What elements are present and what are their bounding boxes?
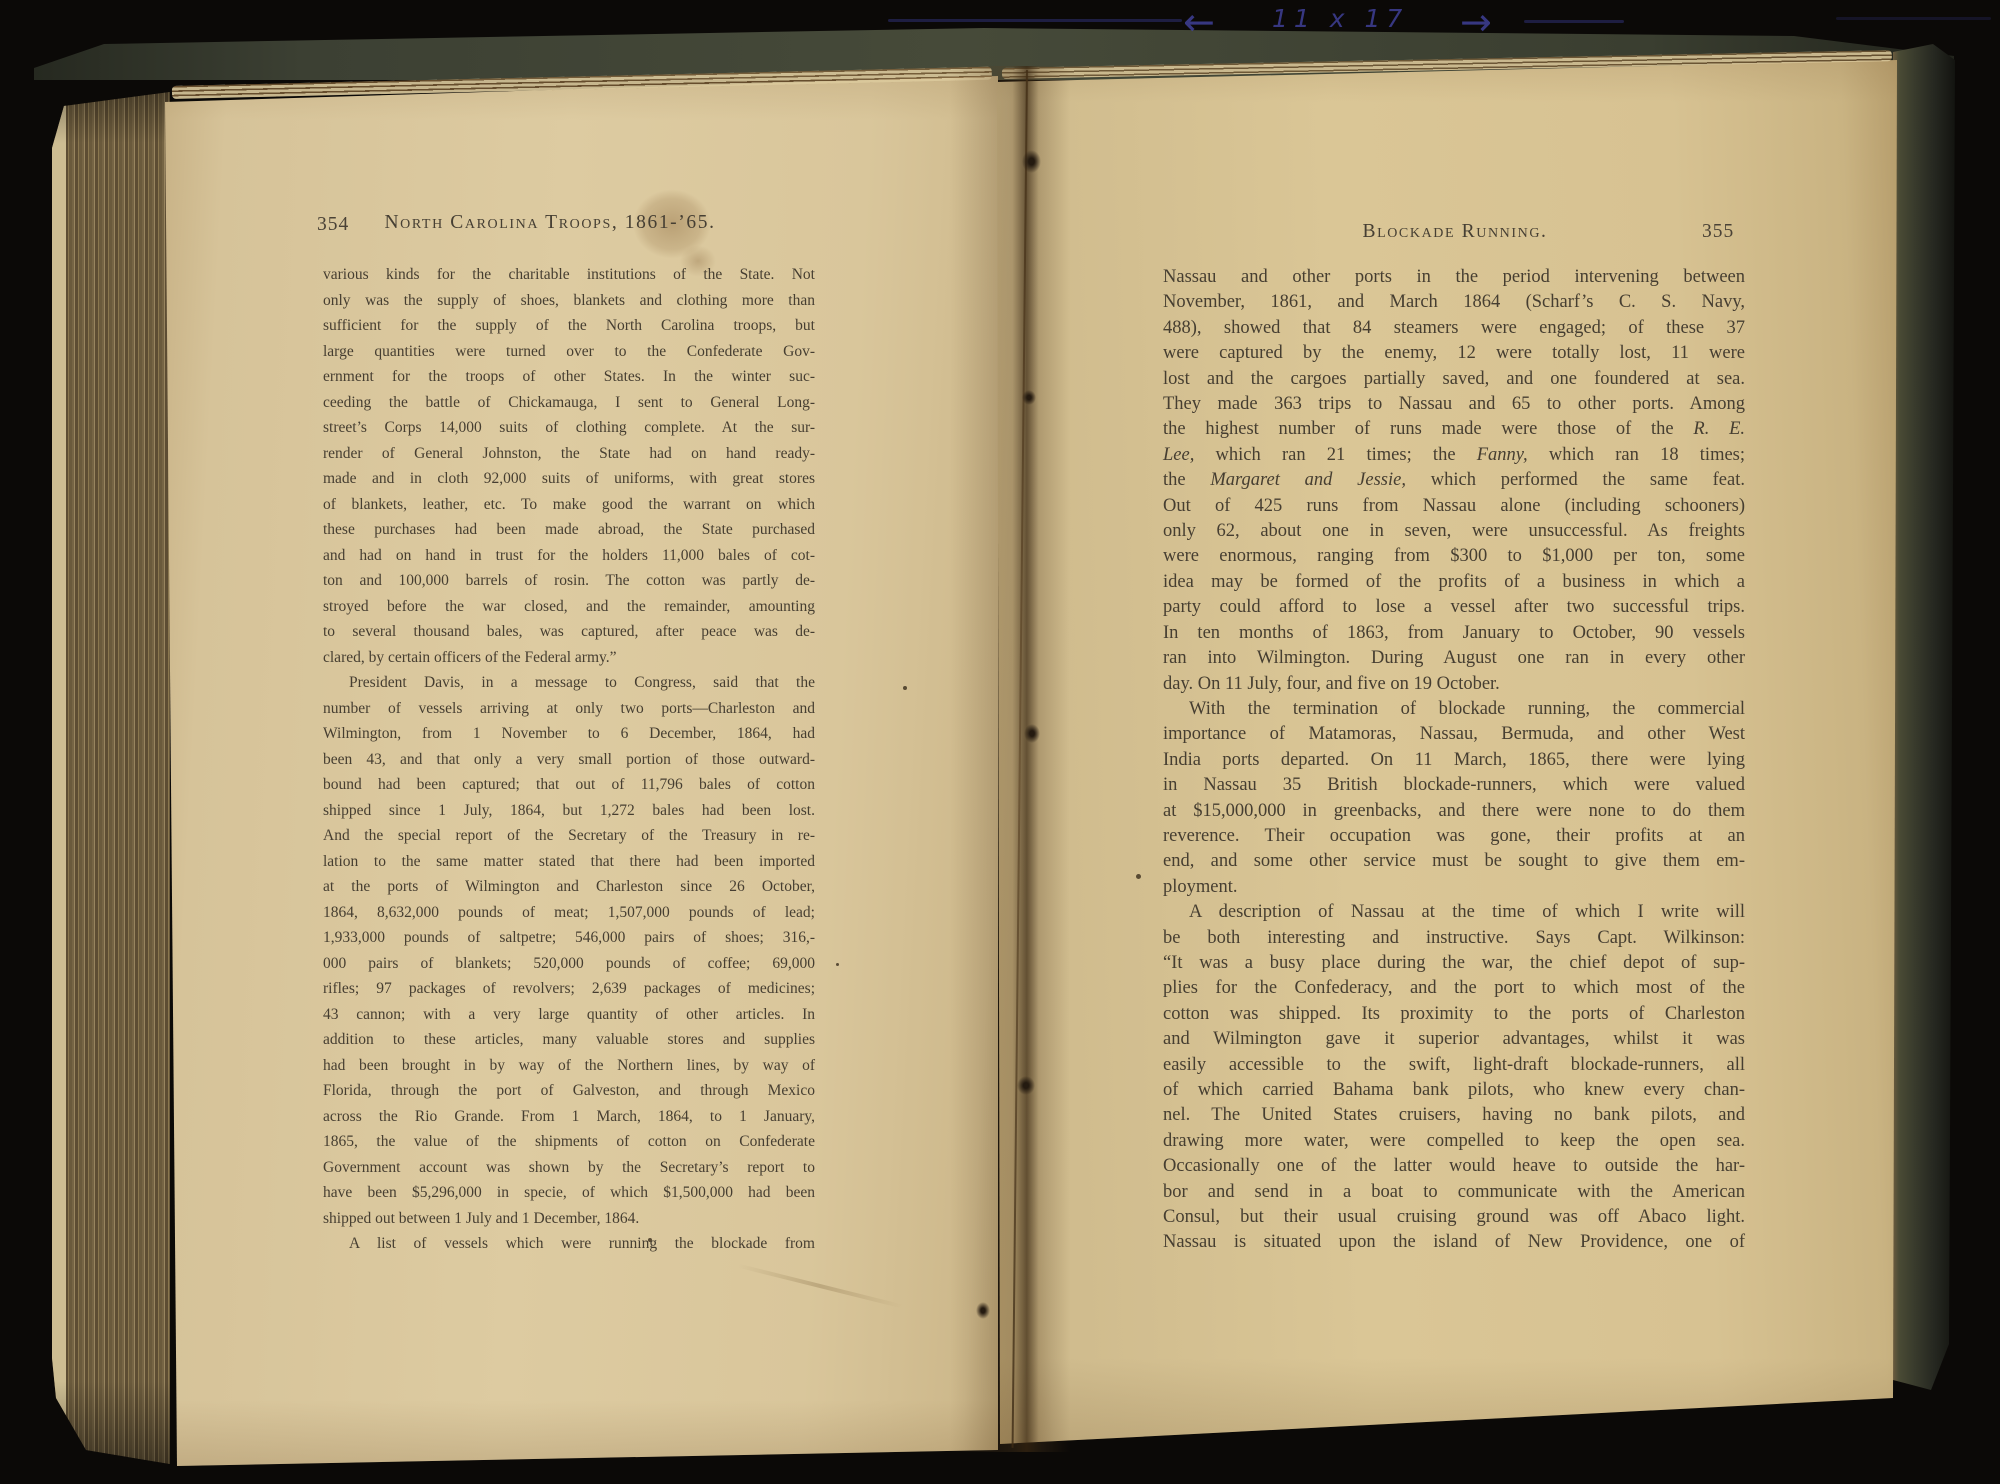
text-line: Wilmington, from 1 November to 6 Decembe… [323,721,815,747]
binding-hole [1017,1076,1035,1095]
text-line: 1865, the value of the shipments of cott… [323,1129,815,1155]
text-line: lation to the same matter stated that th… [323,849,815,875]
text-line: easily accessible to the swift, light-dr… [1163,1053,1745,1078]
size-annotation-line [1524,20,1624,23]
text-line: be both interesting and instructive. Say… [1163,926,1745,951]
text-line: 43 cannon; with a very large quantity of… [323,1002,815,1028]
text-line: November, 1861, and March 1864 (Scharf’s… [1163,290,1745,315]
text-line: A list of vessels which were running the… [323,1231,815,1257]
binding-hole [1022,150,1041,173]
text-line: of which carried Bahama bank pilots, who… [1163,1078,1745,1103]
text-line: idea may be formed of the profits of a b… [1163,570,1745,595]
text-line: 1864, 8,632,000 pounds of meat; 1,507,00… [323,900,815,926]
binding-hole [976,1302,990,1319]
text-line: and Wilmington gave it superior advantag… [1163,1027,1745,1052]
text-line: Nassau and other ports in the period int… [1163,265,1745,290]
text-line: Lee, which ran 21 times; the Fanny, whic… [1163,443,1745,468]
running-title-left: North Carolina Troops, 1861-’65. [330,212,770,234]
binding-hole [1022,390,1036,405]
text-line: ernment for the troops of other States. … [323,364,815,390]
right-arrow-icon: → [1460,2,1492,42]
text-line: stroyed before the war closed, and the r… [323,594,815,620]
text-line: lost and the cargoes partially saved, an… [1163,367,1745,392]
size-annotation-line [888,19,1182,22]
text-line: at the ports of Wilmington and Charlesto… [323,874,815,900]
text-line: large quantities were turned over to the… [323,339,815,365]
text-line: And the special report of the Secretary … [323,823,815,849]
text-line: ran into Wilmington. During August one r… [1163,646,1745,671]
text-line: to several thousand bales, was captured,… [323,619,815,645]
text-line: of blankets, leather, etc. To make good … [323,492,815,518]
text-line: and had on hand in trust for the holders… [323,543,815,569]
text-line: bound had been captured; that out of 11,… [323,772,815,798]
left-page-text: various kinds for the charitable institu… [323,262,815,1257]
text-line: end, and some other service must be soug… [1163,849,1745,874]
text-line: ton and 100,000 barrels of rosin. The co… [323,568,815,594]
text-line: President Davis, in a message to Congres… [323,670,815,696]
text-line: across the Rio Grande. From 1 March, 186… [323,1104,815,1130]
text-line: 488), showed that 84 steamers were engag… [1163,316,1745,341]
text-line: “It was a busy place during the war, the… [1163,951,1745,976]
text-line: drawing more water, were compelled to ke… [1163,1129,1745,1154]
text-line: shipped out between 1 July and 1 Decembe… [323,1206,815,1232]
binding-hole [1024,724,1040,743]
size-annotation-label: 11 x 17 [1272,4,1408,33]
text-line: Government account was shown by the Secr… [323,1155,815,1181]
left-arrow-icon: ← [1183,2,1215,42]
text-line: Consul, but their usual cruising ground … [1163,1205,1745,1230]
text-line: 1,933,000 pounds of saltpetre; 546,000 p… [323,925,815,951]
text-line: only was the supply of shoes, blankets a… [323,288,815,314]
text-line: India ports departed. On 11 March, 1865,… [1163,748,1745,773]
page-speck [903,686,907,690]
text-line: A description of Nassau at the time of w… [1163,900,1745,925]
text-line: plies for the Confederacy, and the port … [1163,976,1745,1001]
text-line: were enormous, ranging from $300 to $1,0… [1163,544,1745,569]
page-speck [836,963,839,966]
page-number-right: 355 [1702,221,1734,243]
text-line: Florida, through the port of Galveston, … [323,1078,815,1104]
text-line: shipped since 1 July, 1864, but 1,272 ba… [323,798,815,824]
text-line: these purchases had been made abroad, th… [323,517,815,543]
text-line: various kinds for the charitable institu… [323,262,815,288]
running-title-right: Blockade Running. [1235,221,1675,243]
text-line: number of vessels arriving at only two p… [323,696,815,722]
text-line: at $15,000,000 in greenbacks, and there … [1163,799,1745,824]
text-line: Out of 425 runs from Nassau alone (inclu… [1163,494,1745,519]
text-line: cotton was shipped. Its proximity to the… [1163,1002,1745,1027]
text-line: in Nassau 35 British blockade-runners, w… [1163,773,1745,798]
text-line: With the termination of blockade running… [1163,697,1745,722]
page-stack-fore-edge [52,88,170,1464]
text-line: 000 pairs of blankets; 520,000 pounds of… [323,951,815,977]
text-line: had been brought in by way of the Northe… [323,1053,815,1079]
text-line: bor and send in a boat to communicate wi… [1163,1180,1745,1205]
text-line: been 43, and that only a very small port… [323,747,815,773]
text-line: the highest number of runs made were tho… [1163,417,1745,442]
text-line: In ten months of 1863, from January to O… [1163,621,1745,646]
text-line: street’s Corps 14,000 suits of clothing … [323,415,815,441]
text-line: sufficient for the supply of the North C… [323,313,815,339]
text-line: ployment. [1163,875,1745,900]
book-cover-right-edge [1893,44,1955,1390]
text-line: ceeding the battle of Chickamauga, I sen… [323,390,815,416]
gutter-shadow [950,66,1070,1452]
text-line: only 62, about one in seven, were unsucc… [1163,519,1745,544]
text-line: day. On 11 July, four, and five on 19 Oc… [1163,672,1745,697]
text-line: render of General Johnston, the State ha… [323,441,815,467]
text-line: reverence. Their occupation was gone, th… [1163,824,1745,849]
right-page-text: Nassau and other ports in the period int… [1163,265,1745,1256]
text-line: Occasionally one of the latter would hea… [1163,1154,1745,1179]
text-line: Nassau is situated upon the island of Ne… [1163,1230,1745,1255]
text-line: have been $5,296,000 in specie, of which… [323,1180,815,1206]
text-line: nel. The United States cruisers, having … [1163,1103,1745,1128]
text-line: party could afford to lose a vessel afte… [1163,595,1745,620]
text-line: addition to these articles, many valuabl… [323,1027,815,1053]
size-annotation-line [1836,17,1991,20]
page-speck [1136,874,1141,879]
text-line: clared, by certain officers of the Feder… [323,645,815,671]
text-line: made and in cloth 92,000 suits of unifor… [323,466,815,492]
text-line: rifles; 97 packages of revolvers; 2,639 … [323,976,815,1002]
text-line: They made 363 trips to Nassau and 65 to … [1163,392,1745,417]
text-line: importance of Matamoras, Nassau, Bermuda… [1163,722,1745,747]
text-line: the Margaret and Jessie, which performed… [1163,468,1745,493]
text-line: were captured by the enemy, 12 were tota… [1163,341,1745,366]
